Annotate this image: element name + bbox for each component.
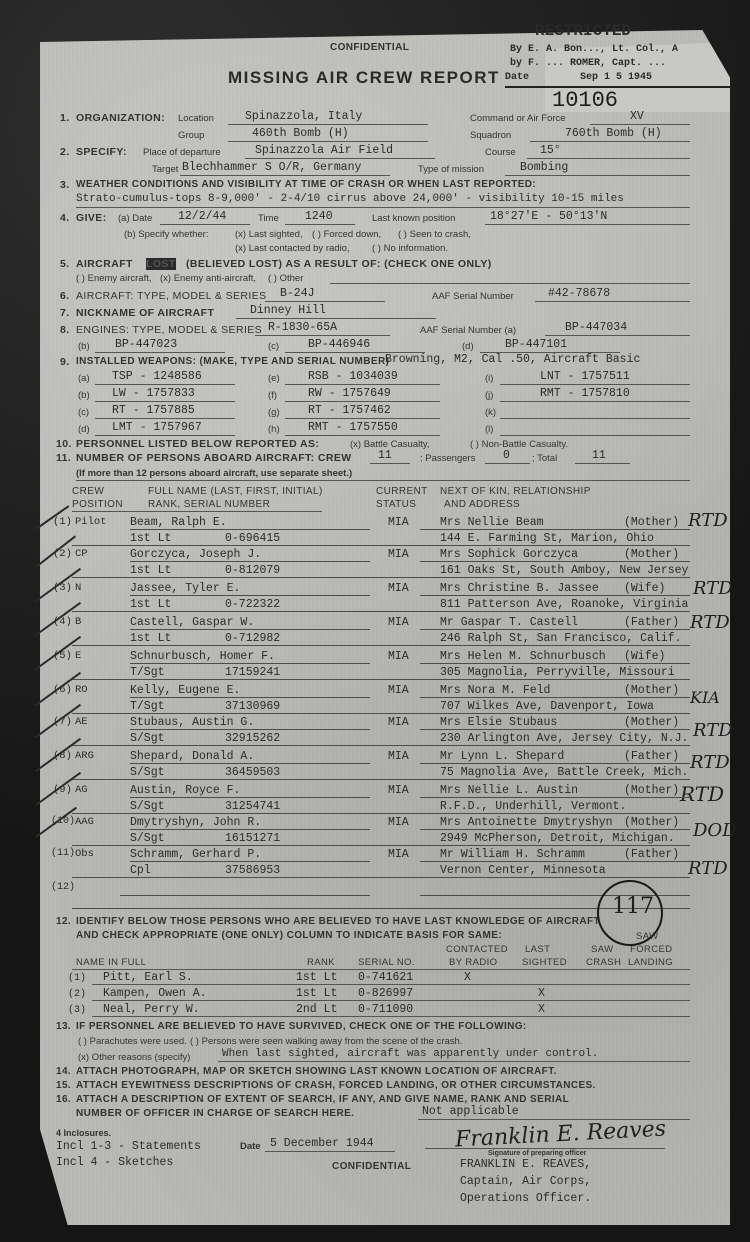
target-label: Target <box>152 164 178 175</box>
kin-relationship: (Father) <box>624 616 679 629</box>
next-of-kin: Mrs Christine B. Jassee <box>440 582 599 595</box>
witness-row-number: (1) <box>68 973 86 984</box>
command-value: XV <box>630 110 644 123</box>
engine-serial-b: BP-447023 <box>115 338 177 351</box>
weapon-key: (g) <box>268 407 280 418</box>
witness-row-number: (2) <box>68 989 86 1000</box>
restricted-stamp-label: RESTRICTED <box>535 22 631 40</box>
section8-label: ENGINES: Type, model & series <box>76 324 262 336</box>
handwritten-status-note: RTD <box>688 510 728 531</box>
search-officer-value: Not applicable <box>422 1105 519 1118</box>
kin-relationship: (Mother) <box>624 548 679 561</box>
command-label: Command or Air Force <box>470 113 566 124</box>
crew-name: Gorczyca, Joseph J. <box>130 548 261 561</box>
weapon-value: RSB - 1034039 <box>308 370 398 383</box>
signature-caption: Signature of preparing officer <box>488 1150 586 1157</box>
witness-rank: 1st Lt <box>296 971 337 984</box>
section2-label: SPECIFY: <box>76 146 127 158</box>
section16-label-line1: ATTACH A DESCRIPTION OF EXTENT OF SEARCH… <box>76 1094 569 1105</box>
section4-label: GIVE: <box>76 212 107 224</box>
crew-serial: 17159241 <box>225 666 280 679</box>
handwritten-status-note: KIA <box>690 688 720 707</box>
witness-sighted-mark: X <box>538 987 545 1000</box>
col-header-position-2: POSITION <box>72 499 123 510</box>
passengers-label: ; Passengers <box>420 453 475 464</box>
next-of-kin: Mr William H. Schramm <box>440 848 585 861</box>
col-header-forced-1: FORCED <box>630 944 673 955</box>
section3-number: 3. <box>60 179 70 191</box>
form-title: MISSING AIR CREW REPORT <box>228 68 500 88</box>
col-header-status-2: STATUS <box>376 499 416 510</box>
crew-serial: 37586953 <box>225 864 280 877</box>
no-info-option: ( ) No information. <box>372 243 448 254</box>
crew-status: MIA <box>388 582 409 595</box>
officer-title: Operations Officer. <box>460 1192 591 1205</box>
inclosure-4: Incl 4 - Sketches <box>56 1156 173 1169</box>
group-value: 460th Bomb (H) <box>252 127 349 140</box>
crew-position: CP <box>75 548 88 560</box>
departure-label: Place of departure <box>143 147 221 158</box>
officer-name: FRANKLIN E. REAVES, <box>460 1158 591 1171</box>
section12-label-line2: AND CHECK APPROPRIATE (one only) COLUMN … <box>76 930 502 941</box>
other-reasons-value: When last sighted, aircraft was apparent… <box>222 1048 598 1060</box>
crew-rank: T/Sgt <box>130 666 165 679</box>
weapon-value: LMT - 1757967 <box>112 421 202 434</box>
handwritten-status-note: RTD <box>693 720 733 741</box>
section11-label: NUMBER OF PERSONS ABOARD AIRCRAFT: Crew <box>76 452 352 464</box>
crew-serial: 16151271 <box>225 832 280 845</box>
next-of-kin: Mr Gaspar T. Castell <box>440 616 578 629</box>
time-value: 1240 <box>305 210 333 223</box>
witness-serial: 0-741621 <box>358 971 413 984</box>
weapon-value: LNT - 1757511 <box>540 370 630 383</box>
footer-date-label: Date <box>240 1141 261 1152</box>
departure-value: Spinazzola Air Field <box>255 144 393 157</box>
section5-number: 5. <box>60 258 70 270</box>
next-of-kin: Mrs Antoinette Dmytryshyn <box>440 816 613 829</box>
crew-status: MIA <box>388 848 409 861</box>
crew-position: E <box>75 650 81 662</box>
passengers-count: 0 <box>503 449 510 462</box>
col-header-forced-2: LANDING <box>628 957 673 968</box>
crew-count: 11 <box>378 449 392 462</box>
total-count: 11 <box>592 449 606 462</box>
crew-name: Beam, Ralph E. <box>130 516 227 529</box>
course-label: Course <box>485 147 516 158</box>
col-header-sighted-1: LAST <box>525 944 550 955</box>
engine-type-value: R-1830-65A <box>268 321 337 334</box>
section7-label: NICKNAME OF AIRCRAFT <box>76 307 214 319</box>
kin-relationship: (Mother) <box>624 716 679 729</box>
kin-address: 707 Wilkes Ave, Davenport, Iowa <box>440 700 654 713</box>
section16-number: 16. <box>56 1094 71 1105</box>
crew-status: MIA <box>388 816 409 829</box>
crew-serial: 32915262 <box>225 732 280 745</box>
seen-crash-option: ( ) Seen to crash, <box>398 229 471 240</box>
next-of-kin: Mrs Sophick Gorczyca <box>440 548 578 561</box>
crew-row-number: (11) <box>51 848 75 859</box>
section2-number: 2. <box>60 146 70 158</box>
witness-rank: 1st Lt <box>296 987 337 1000</box>
other-cause-option: ( ) Other <box>268 273 303 284</box>
witness-name: Pitt, Earl S. <box>103 971 193 984</box>
location-label: Location <box>178 113 214 124</box>
next-of-kin: Mr Lynn L. Shepard <box>440 750 564 763</box>
weapon-key: (k) <box>485 407 496 418</box>
crew-row-number: (1) <box>53 516 72 528</box>
aircraft-serial-label: AAF Serial Number <box>432 291 514 302</box>
squadron-label: Squadron <box>470 130 511 141</box>
restricted-stamp-date-label: Date <box>505 72 529 83</box>
kin-relationship: (Father) <box>624 750 679 763</box>
section5-label-rest: (BELIEVED LOST) AS A RESULT OF: (Check o… <box>186 258 492 270</box>
specify-label: (b) Specify whether: <box>124 229 208 240</box>
anti-aircraft-option: (x) Enemy anti-aircraft, <box>160 273 256 284</box>
kin-address: R.F.D., Underhill, Vermont. <box>440 800 626 813</box>
witness-radio-mark: X <box>464 971 471 984</box>
witness-serial: 0-826997 <box>358 987 413 1000</box>
crew-status: MIA <box>388 684 409 697</box>
crew-rank: S/Sgt <box>130 832 165 845</box>
crew-name: Schramm, Gerhard P. <box>130 848 261 861</box>
next-of-kin: Mrs Nellie Beam <box>440 516 544 529</box>
crew-rank: S/Sgt <box>130 800 165 813</box>
enemy-aircraft-option: ( ) Enemy aircraft, <box>76 273 152 284</box>
section10-number: 10. <box>56 438 72 450</box>
section12-label-line1: IDENTIFY BELOW THOSE PERSONS WHO ARE BEL… <box>76 916 600 927</box>
witness-row-number: (3) <box>68 1005 86 1016</box>
date-label: (a) Date <box>118 213 152 224</box>
location-value: Spinazzola, Italy <box>245 110 362 123</box>
restricted-stamp-line2: by F. ... ROMER, Capt. ... <box>510 58 666 69</box>
crew-rank: 1st Lt <box>130 532 171 545</box>
next-of-kin: Mrs Helen M. Schnurbusch <box>440 650 606 663</box>
weapon-key: (j) <box>485 390 493 401</box>
crew-rank: 1st Lt <box>130 564 171 577</box>
kin-address: 811 Patterson Ave, Roanoke, Virginia <box>440 598 688 611</box>
section6-number: 6. <box>60 290 70 302</box>
col-header-name-1: FULL NAME (Last, first, initial) <box>148 486 323 497</box>
section9-number: 9. <box>60 356 70 368</box>
weapon-value: RW - 1757649 <box>308 387 391 400</box>
section13-label: IF PERSONNEL ARE BELIEVED TO HAVE SURVIV… <box>76 1021 527 1032</box>
crew-serial: 0-696415 <box>225 532 280 545</box>
crew-rank: S/Sgt <box>130 766 165 779</box>
date-value: 12/2/44 <box>178 210 226 223</box>
crew-rank: Cpl <box>130 864 151 877</box>
col-header-crash-2: CRASH <box>586 957 621 968</box>
weapon-key: (d) <box>78 424 90 435</box>
group-label: Group <box>178 130 204 141</box>
mission-type-label: Type of mission <box>418 164 484 175</box>
time-label: Time <box>258 213 279 224</box>
kin-relationship: (Mother) <box>624 816 679 829</box>
crew-name: Kelly, Eugene E. <box>130 684 240 697</box>
weapon-value: RT - 1757462 <box>308 404 391 417</box>
weapon-value: RMT - 1757550 <box>308 421 398 434</box>
crew-status: MIA <box>388 548 409 561</box>
section1-label: ORGANIZATION: <box>76 112 165 124</box>
other-reasons-option: (x) Other reasons (specify) <box>78 1052 190 1063</box>
crew-position: ARG <box>75 750 94 762</box>
squadron-value: 760th Bomb (H) <box>565 127 662 140</box>
crew-serial: 37130969 <box>225 700 280 713</box>
engine-serial-label: AAF Serial Number (a) <box>420 325 516 336</box>
crew-serial: 36459503 <box>225 766 280 779</box>
witness-rank: 2nd Lt <box>296 1003 337 1016</box>
crew-name: Castell, Gaspar W. <box>130 616 254 629</box>
crew-status: MIA <box>388 650 409 663</box>
parachutes-option: ( ) Parachutes were used. <box>78 1036 187 1047</box>
footer-date-value: 5 December 1944 <box>270 1137 374 1150</box>
handwritten-status-note: DOD <box>693 820 737 841</box>
crew-rank: 1st Lt <box>130 598 171 611</box>
crew-rank: T/Sgt <box>130 700 165 713</box>
col-header-rank: RANK <box>307 957 335 968</box>
crew-status: MIA <box>388 616 409 629</box>
col-header-crash-1: SAW <box>591 944 614 955</box>
crew-position: RO <box>75 684 88 696</box>
aircraft-serial-value: #42-78678 <box>548 287 610 300</box>
crew-status: MIA <box>388 516 409 529</box>
weather-value: Strato-cumulus-tops 8-9,000' - 2-4/10 ci… <box>76 193 624 205</box>
crew-row-number: (12) <box>51 882 75 893</box>
weapon-key: (b) <box>78 390 90 401</box>
report-number: 10106 <box>552 88 618 113</box>
weapon-key: (h) <box>268 424 280 435</box>
classification-bottom: CONFIDENTIAL <box>332 1161 411 1172</box>
section10-label: PERSONNEL LISTED BELOW REPORTED AS: <box>76 438 319 450</box>
crew-position: AG <box>75 784 88 796</box>
crew-rank: S/Sgt <box>130 732 165 745</box>
radio-contact-option: (x) Last contacted by radio, <box>235 243 350 254</box>
crew-name: Dmytryshyn, John R. <box>130 816 261 829</box>
weapon-key: (f) <box>268 390 277 401</box>
inclosure-1-3: Incl 1-3 - Statements <box>56 1140 201 1153</box>
handwritten-status-note: RTD <box>688 858 728 879</box>
witness-name: Neal, Perry W. <box>103 1003 200 1016</box>
course-value: 15° <box>540 144 561 157</box>
kin-relationship: (Wife) <box>624 582 665 595</box>
last-sighted-option: (x) Last sighted, <box>235 229 303 240</box>
weapon-value: RMT - 1757810 <box>540 387 630 400</box>
position-value: 18°27'E - 50°13'N <box>490 210 607 223</box>
section16-label-line2: NUMBER OF OFFICER IN CHARGE OF SEARCH HE… <box>76 1108 354 1119</box>
next-of-kin: Mrs Nora M. Feld <box>440 684 550 697</box>
crew-serial: 31254741 <box>225 800 280 813</box>
kin-relationship: (Mother) <box>624 684 679 697</box>
section15-number: 15. <box>56 1080 71 1091</box>
col-header-name-2: RANK, SERIAL NUMBER <box>148 499 270 510</box>
mission-type-value: Bombing <box>520 161 568 174</box>
inclosures-label: 4 Inclosures. <box>56 1128 111 1138</box>
kin-relationship: (Mother) <box>624 516 679 529</box>
circled-annotation-text: 117 <box>612 894 654 919</box>
col-header-sighted-2: SIGHTED <box>522 957 567 968</box>
weapon-key: (e) <box>268 373 280 384</box>
weapon-key: (c) <box>78 407 89 418</box>
section14-label: ATTACH PHOTOGRAPH, MAP OR SKETCH SHOWING… <box>76 1066 557 1077</box>
crew-name: Jassee, Tyler E. <box>130 582 240 595</box>
next-of-kin: Mrs Elsie Stubaus <box>440 716 557 729</box>
aircraft-nickname-value: Dinney Hill <box>250 304 326 317</box>
kin-address: 246 Ralph St, San Francisco, Calif. <box>440 632 682 645</box>
crew-position: Obs <box>75 848 94 860</box>
weapons-description: Browning, M2, Cal .50, Aircraft Basic <box>385 353 640 366</box>
weapon-key: (a) <box>78 373 90 384</box>
kin-address: 161 Oaks St, South Amboy, New Jersey <box>440 564 688 577</box>
section5-struck-word: LOST <box>146 258 176 270</box>
section5-label: AIRCRAFT <box>76 258 133 270</box>
section14-number: 14. <box>56 1066 71 1077</box>
restricted-stamp-line1: By E. A. Bon..., Lt. Col., A <box>510 44 678 55</box>
weapon-key: (i) <box>485 373 493 384</box>
handwritten-status-note: RTD <box>693 578 733 599</box>
weapon-value: LW - 1757833 <box>112 387 195 400</box>
section15-label: ATTACH EYEWITNESS DESCRIPTIONS OF CRASH,… <box>76 1080 596 1091</box>
col-header-name-in-full: NAME IN FULL <box>76 957 146 968</box>
section7-number: 7. <box>60 307 70 319</box>
section12-number: 12. <box>56 916 71 927</box>
aircraft-type-value: B-24J <box>280 287 315 300</box>
crew-status: MIA <box>388 716 409 729</box>
section8-number: 8. <box>60 324 70 336</box>
engine-d-label: (d) <box>462 341 474 352</box>
crew-position: B <box>75 616 81 628</box>
crew-name: Shepard, Donald A. <box>130 750 254 763</box>
engine-c-label: (c) <box>268 341 279 352</box>
witness-name: Kampen, Owen A. <box>103 987 207 1000</box>
col-header-status-1: CURRENT <box>376 486 428 497</box>
target-value: Blechhammer S O/R, Germany <box>182 161 361 174</box>
crew-status: MIA <box>388 784 409 797</box>
section11-number: 11. <box>56 452 71 464</box>
handwritten-status-note: RTD <box>680 782 724 806</box>
kin-address: 144 E. Farming St, Marion, Ohio <box>440 532 654 545</box>
engine-b-label: (b) <box>78 341 90 352</box>
col-header-serial: SERIAL No. <box>358 957 415 968</box>
non-battle-casualty-option: ( ) Non-Battle Casualty. <box>470 439 568 450</box>
section3-label: WEATHER CONDITIONS AND VISIBILITY AT TIM… <box>76 179 536 190</box>
crew-name: Schnurbusch, Homer F. <box>130 650 275 663</box>
witness-serial: 0-711090 <box>358 1003 413 1016</box>
crew-position: AAG <box>75 816 94 828</box>
section4-number: 4. <box>60 212 70 224</box>
kin-address: 230 Arlington Ave, Jersey City, N.J. <box>440 732 688 745</box>
kin-address: 2949 McPherson, Detroit, Michigan. <box>440 832 675 845</box>
kin-address: 305 Magnolia, Perryville, Missouri <box>440 666 675 679</box>
weapon-value: TSP - 1248586 <box>112 370 202 383</box>
engine-serial-a: BP-447034 <box>565 321 627 334</box>
forced-down-option: ( ) Forced down, <box>312 229 381 240</box>
engine-serial-d: BP-447101 <box>505 338 567 351</box>
walking-away-option: ( ) Persons were seen walking away from … <box>190 1036 462 1047</box>
weapon-value: RT - 1757885 <box>112 404 195 417</box>
witness-sighted-mark: X <box>538 1003 545 1016</box>
col-header-position-1: CREW <box>72 486 104 497</box>
col-header-kin-2: AND ADDRESS <box>444 499 520 510</box>
crew-position: Pilot <box>75 516 107 528</box>
crew-serial: 0-812079 <box>225 564 280 577</box>
col-header-forced-0: SAW <box>636 931 659 942</box>
section6-label: AIRCRAFT: Type, model & series <box>76 290 267 302</box>
weapon-key: (l) <box>485 424 493 435</box>
section13-number: 13. <box>56 1021 71 1032</box>
col-header-kin-1: NEXT OF KIN, RELATIONSHIP <box>440 486 591 497</box>
handwritten-status-note: RTD <box>690 612 730 633</box>
engine-serial-c: BP-446946 <box>308 338 370 351</box>
crew-serial: 0-712982 <box>225 632 280 645</box>
kin-address: 75 Magnolia Ave, Battle Creek, Mich. <box>440 766 688 779</box>
classification-top: CONFIDENTIAL <box>330 42 409 53</box>
kin-relationship: (Father) <box>624 848 679 861</box>
crew-serial: 0-722322 <box>225 598 280 611</box>
crew-position: N <box>75 582 81 594</box>
kin-address: Vernon Center, Minnesota <box>440 864 606 877</box>
section11-note: (If more than 12 persons aboard aircraft… <box>76 468 352 479</box>
crew-rank: 1st Lt <box>130 632 171 645</box>
handwritten-status-note: RTD <box>690 752 730 773</box>
restricted-stamp-date: Sep 1 5 1945 <box>580 72 652 83</box>
crew-position: AE <box>75 716 88 728</box>
kin-relationship: (Mother) <box>624 784 679 797</box>
col-header-radio-2: BY RADIO <box>449 957 497 968</box>
next-of-kin: Mrs Nellie L. Austin <box>440 784 578 797</box>
total-label: ; Total <box>532 453 557 464</box>
section9-label: INSTALLED WEAPONS: (Make, type and seria… <box>76 356 389 367</box>
officer-rank: Captain, Air Corps, <box>460 1175 591 1188</box>
crew-name: Austin, Royce F. <box>130 784 240 797</box>
kin-relationship: (Wife) <box>624 650 665 663</box>
crew-name: Stubaus, Austin G. <box>130 716 254 729</box>
section1-number: 1. <box>60 112 70 124</box>
crew-status: MIA <box>388 750 409 763</box>
col-header-radio-1: CONTACTED <box>446 944 508 955</box>
position-label: Last known position <box>372 213 455 224</box>
